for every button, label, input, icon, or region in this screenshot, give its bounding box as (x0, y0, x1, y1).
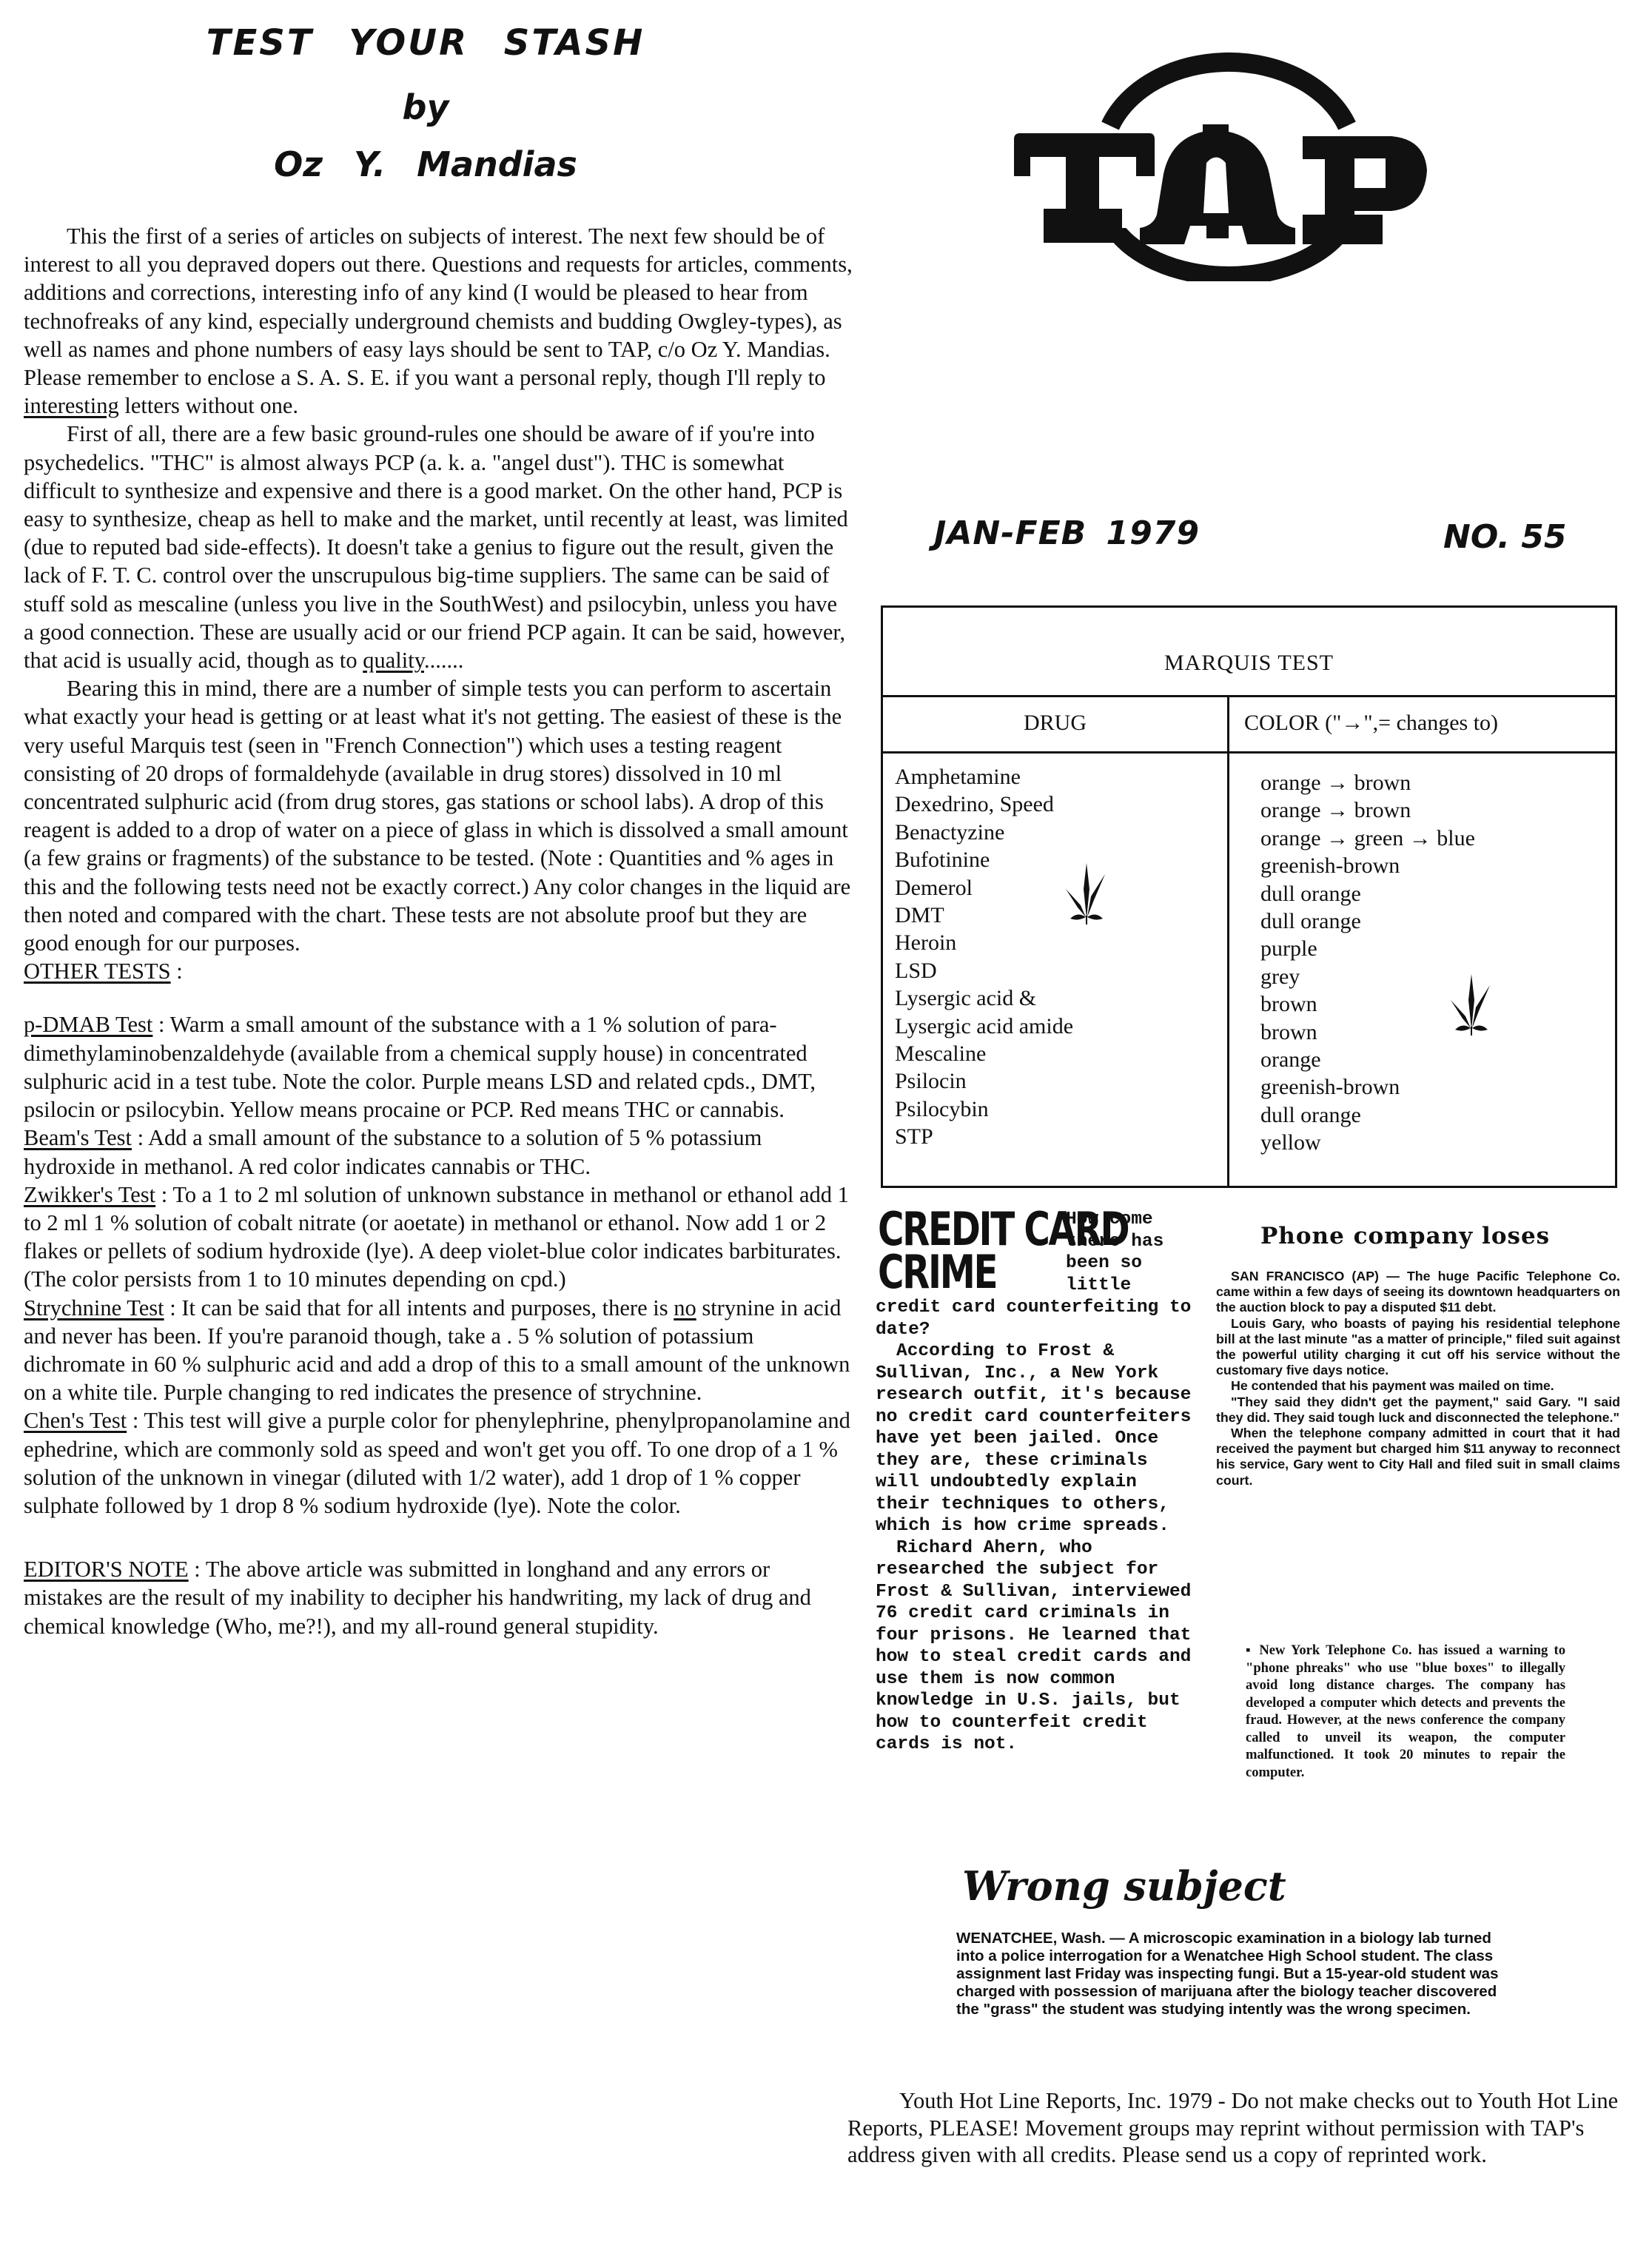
drug-list: Amphetamine Dexedrino, Speed Benactyzine… (895, 763, 1220, 1151)
table-row-drug: Lysergic acid amide (895, 1013, 1220, 1040)
article-body: This the first of a series of articles o… (24, 222, 853, 1640)
table-row-color: brown (1260, 1018, 1601, 1046)
table-title: MARQUIS TEST (883, 608, 1615, 697)
wrong-subject-headline: Wrong subject (962, 1862, 1286, 1910)
ny-telephone-brief: ▪ New York Telephone Co. has issued a wa… (1246, 1642, 1565, 1781)
article-paragraph-ground-rules: First of all, there are a few basic grou… (24, 420, 853, 674)
table-row-color: orange → brown (1260, 769, 1601, 796)
article-paragraph-marquis: Bearing this in mind, there are a number… (24, 674, 853, 957)
article-author: Oz Y. Mandias (0, 144, 851, 184)
credit-card-lead: How come there has been so little (1066, 1209, 1164, 1296)
wrong-subject-body: WENATCHEE, Wash. — A microscopic examina… (956, 1930, 1519, 2018)
editors-note: EDITOR'S NOTE : The above article was su… (24, 1555, 853, 1640)
table-row-color: dull orange (1260, 1101, 1601, 1129)
table-row-color: yellow (1260, 1129, 1601, 1156)
column-header-drug: DRUG (883, 695, 1229, 754)
table-row-drug: LSD (895, 957, 1220, 984)
test-zwikkers: Zwikker's Test : To a 1 to 2 ml solution… (24, 1181, 853, 1294)
phone-company-body: SAN FRANCISCO (AP) — The huge Pacific Te… (1216, 1269, 1620, 1489)
table-row-drug: Demerol (895, 874, 1220, 902)
table-row-color: purple (1260, 935, 1601, 962)
credit-card-body: credit card counterfeiting to date? Acco… (876, 1297, 1201, 1756)
table-row-drug: Psilocin (895, 1067, 1220, 1095)
article-paragraph-intro: This the first of a series of articles o… (24, 222, 853, 420)
test-chens: Chen's Test : This test will give a purp… (24, 1406, 853, 1520)
issue-number: NO. 55 (1443, 518, 1567, 556)
table-row-drug: Lysergic acid & (895, 984, 1220, 1012)
phone-company-headline: Phone company loses (1260, 1223, 1550, 1249)
color-list: orange → brown orange → brown orange → g… (1260, 769, 1601, 1157)
table-row-color: dull orange (1260, 907, 1601, 935)
table-row-color: orange → green → blue (1260, 825, 1601, 852)
table-row-color: grey (1260, 963, 1601, 990)
table-row-drug: Benactyzine (895, 819, 1220, 846)
test-strychnine: Strychnine Test : It can be said that fo… (24, 1294, 853, 1407)
table-row-color: orange → brown (1260, 796, 1601, 824)
marquis-test-table: MARQUIS TEST DRUG COLOR ("→",= changes t… (881, 605, 1617, 1188)
tap-logo (1007, 44, 1443, 281)
table-row-drug: Heroin (895, 929, 1220, 956)
table-row-drug: Amphetamine (895, 763, 1220, 791)
test-pdmab: p-DMAB Test : Warm a small amount of the… (24, 1010, 853, 1124)
cannabis-leaf-icon (1064, 859, 1109, 926)
test-beams: Beam's Test : Add a small amount of the … (24, 1124, 853, 1180)
table-row-drug: Dexedrino, Speed (895, 791, 1220, 818)
publisher-footer: Youth Hot Line Reports, Inc. 1979 - Do n… (847, 2087, 1632, 2169)
cannabis-leaf-icon (1449, 970, 1494, 1037)
other-tests-heading: OTHER TESTS : (24, 957, 853, 985)
table-row-drug: DMT (895, 902, 1220, 929)
bell-icon (1007, 44, 1443, 281)
table-row-color: brown (1260, 990, 1601, 1018)
column-header-color: COLOR ("→",= changes to) (1229, 695, 1615, 754)
article-title: TEST YOUR STASH (0, 22, 851, 64)
table-row-drug: Bufotinine (895, 846, 1220, 873)
table-row-color: orange (1260, 1046, 1601, 1073)
issue-date: JAN-FEB 1979 (934, 514, 1200, 552)
table-row-color: dull orange (1260, 880, 1601, 907)
table-row-drug: Psilocybin (895, 1095, 1220, 1123)
column-divider (1227, 751, 1229, 1186)
table-row-drug: STP (895, 1123, 1220, 1150)
table-row-color: greenish-brown (1260, 1073, 1601, 1101)
article-byline-by: by (0, 87, 851, 127)
bullet-icon: ▪ (1246, 1642, 1253, 1658)
table-row-drug: Mescaline (895, 1040, 1220, 1067)
table-row-color: greenish-brown (1260, 852, 1601, 879)
